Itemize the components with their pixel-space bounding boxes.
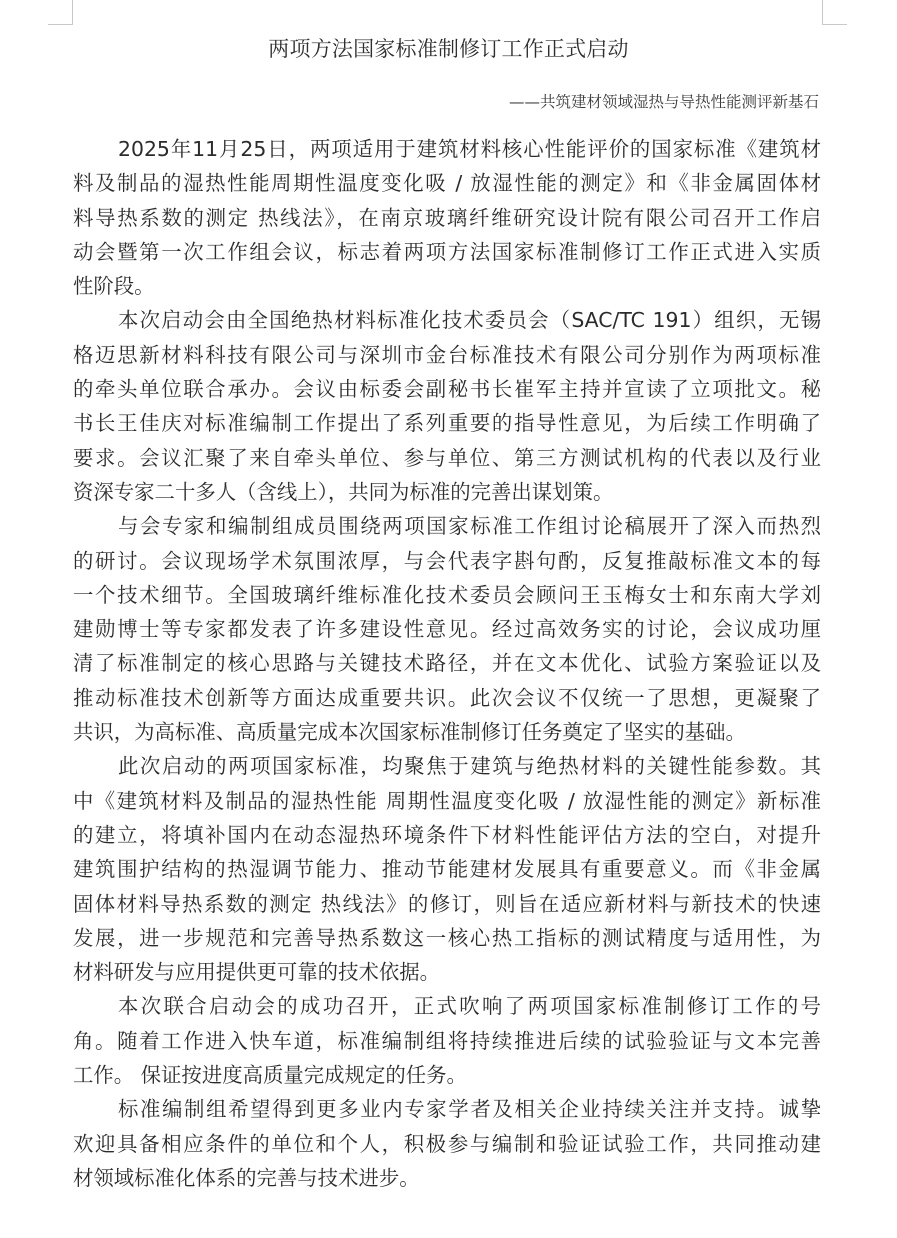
text-line: 要求。会议汇聚了来自牵头单位、参与单位、第三方测试机构的代表以及行业	[73, 441, 821, 475]
text-line: 固体材料导热系数的测定 热线法》的修订，则旨在适应新材料与新技术的快速	[73, 887, 821, 921]
text-line: 欢迎具备相应条件的单位和个人，积极参与编制和验证试验工作，共同推动建	[73, 1127, 821, 1161]
text-line: 料导热系数的测定 热线法》，在南京玻璃纤维研究设计院有限公司召开工作启	[73, 201, 821, 235]
text-line: 本次启动会由全国绝热材料标准化技术委员会（SAC/TC 191）组织，无锡	[73, 303, 821, 337]
paragraph-2: 本次启动会由全国绝热材料标准化技术委员会（SAC/TC 191）组织，无锡 格迈…	[73, 303, 821, 509]
paragraph-4: 此次启动的两项国家标准，均聚焦于建筑与绝热材料的关键性能参数。其 中《建筑材料及…	[73, 749, 821, 989]
text-line: 资深专家二十多人（含线上），共同为标准的完善出谋划策。	[73, 475, 821, 509]
text-line: 的牵头单位联合承办。会议由标委会副秘书长崔军主持并宣读了立项批文。秘	[73, 372, 821, 406]
page-corner-mark-top-left	[48, 0, 73, 25]
text-line: 共识，为高标准、高质量完成本次国家标准制修订任务奠定了坚实的基础。	[73, 715, 821, 749]
text-line: 书长王佳庆对标准编制工作提出了系列重要的指导性意见，为后续工作明确了	[73, 406, 821, 440]
paragraph-1: 2025年11月25日，两项适用于建筑材料核心性能评价的国家标准《建筑材 料及制…	[73, 132, 821, 303]
document-title: 两项方法国家标准制修订工作正式启动	[0, 36, 897, 62]
text-line: 材领域标准化体系的完善与技术进步。	[73, 1161, 821, 1195]
paragraph-5: 本次联合启动会的成功召开，正式吹响了两项国家标准制修订工作的号 角。随着工作进入…	[73, 989, 821, 1092]
text-line: 本次联合启动会的成功召开，正式吹响了两项国家标准制修订工作的号	[73, 989, 821, 1023]
document-body: 2025年11月25日，两项适用于建筑材料核心性能评价的国家标准《建筑材 料及制…	[73, 132, 821, 1195]
text-line: 建勋博士等专家都发表了许多建设性意见。经过高效务实的讨论，会议成功厘	[73, 612, 821, 646]
text-line: 2025年11月25日，两项适用于建筑材料核心性能评价的国家标准《建筑材	[73, 132, 821, 166]
document-subtitle: ——共筑建材领域湿热与导热性能测评新基石	[509, 92, 819, 112]
text-line: 中《建筑材料及制品的湿热性能 周期性温度变化吸 / 放湿性能的测定》新标准	[73, 784, 821, 818]
text-line: 的研讨。会议现场学术氛围浓厚，与会代表字斟句酌，反复推敲标准文本的每	[73, 544, 821, 578]
text-line: 性阶段。	[73, 269, 821, 303]
text-line: 的建立，将填补国内在动态湿热环境条件下材料性能评估方法的空白，对提升	[73, 818, 821, 852]
text-line: 材料研发与应用提供更可靠的技术依据。	[73, 955, 821, 989]
text-line: 动会暨第一次工作组会议，标志着两项方法国家标准制修订工作正式进入实质	[73, 235, 821, 269]
page-corner-mark-top-right	[822, 0, 847, 25]
paragraph-6: 标准编制组希望得到更多业内专家学者及相关企业持续关注并支持。诚挚 欢迎具备相应条…	[73, 1092, 821, 1195]
text-line: 角。随着工作进入快车道，标准编制组将持续推进后续的试验验证与文本完善	[73, 1024, 821, 1058]
text-line: 此次启动的两项国家标准，均聚焦于建筑与绝热材料的关键性能参数。其	[73, 749, 821, 783]
text-line: 一个技术细节。全国玻璃纤维标准化技术委员会顾问王玉梅女士和东南大学刘	[73, 578, 821, 612]
text-line: 发展，进一步规范和完善导热系数这一核心热工指标的测试精度与适用性，为	[73, 921, 821, 955]
paragraph-3: 与会专家和编制组成员围绕两项国家标准工作组讨论稿展开了深入而热烈 的研讨。会议现…	[73, 509, 821, 749]
text-line: 工作。 保证按进度高质量完成规定的任务。	[73, 1058, 821, 1092]
text-line: 格迈思新材料科技有限公司与深圳市金台标准技术有限公司分别作为两项标准	[73, 338, 821, 372]
text-line: 标准编制组希望得到更多业内专家学者及相关企业持续关注并支持。诚挚	[73, 1092, 821, 1126]
text-line: 料及制品的湿热性能周期性温度变化吸 / 放湿性能的测定》和《非金属固体材	[73, 166, 821, 200]
text-line: 推动标准技术创新等方面达成重要共识。此次会议不仅统一了思想，更凝聚了	[73, 681, 821, 715]
text-line: 建筑围护结构的热湿调节能力、推动节能建材发展具有重要意义。而《非金属	[73, 852, 821, 886]
text-line: 清了标准制定的核心思路与关键技术路径，并在文本优化、试验方案验证以及	[73, 646, 821, 680]
text-line: 与会专家和编制组成员围绕两项国家标准工作组讨论稿展开了深入而热烈	[73, 509, 821, 543]
